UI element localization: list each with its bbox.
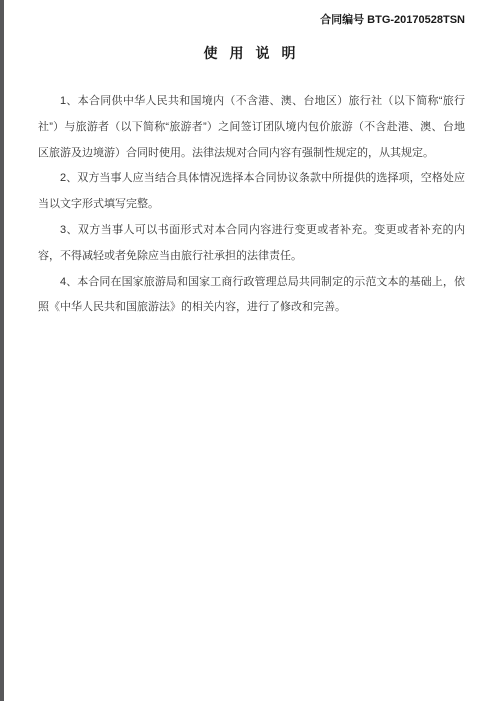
paragraph-4: 4、本合同在国家旅游局和国家工商行政管理总局共同制定的示范文本的基础上，依照《中…: [38, 270, 465, 322]
document-page: 合同编号 BTG-20170528TSN 使用说明 1、本合同供中华人民共和国境…: [0, 0, 499, 701]
paragraph-2: 2、双方当事人应当结合具体情况选择本合同协议条款中所提供的选择项，空格处应当以文…: [38, 166, 465, 218]
paragraph-3: 3、双方当事人可以书面形式对本合同内容进行变更或者补充。变更或者补充的内容，不得…: [38, 218, 465, 270]
page-title: 使用说明: [12, 44, 499, 62]
document-body: 1、本合同供中华人民共和国境内（不含港、澳、台地区）旅行社（以下简称“旅行社”）…: [38, 89, 465, 321]
page-edge-strip: [0, 0, 4, 701]
paragraph-1: 1、本合同供中华人民共和国境内（不含港、澳、台地区）旅行社（以下简称“旅行社”）…: [38, 89, 465, 166]
contract-number: 合同编号 BTG-20170528TSN: [0, 0, 499, 27]
